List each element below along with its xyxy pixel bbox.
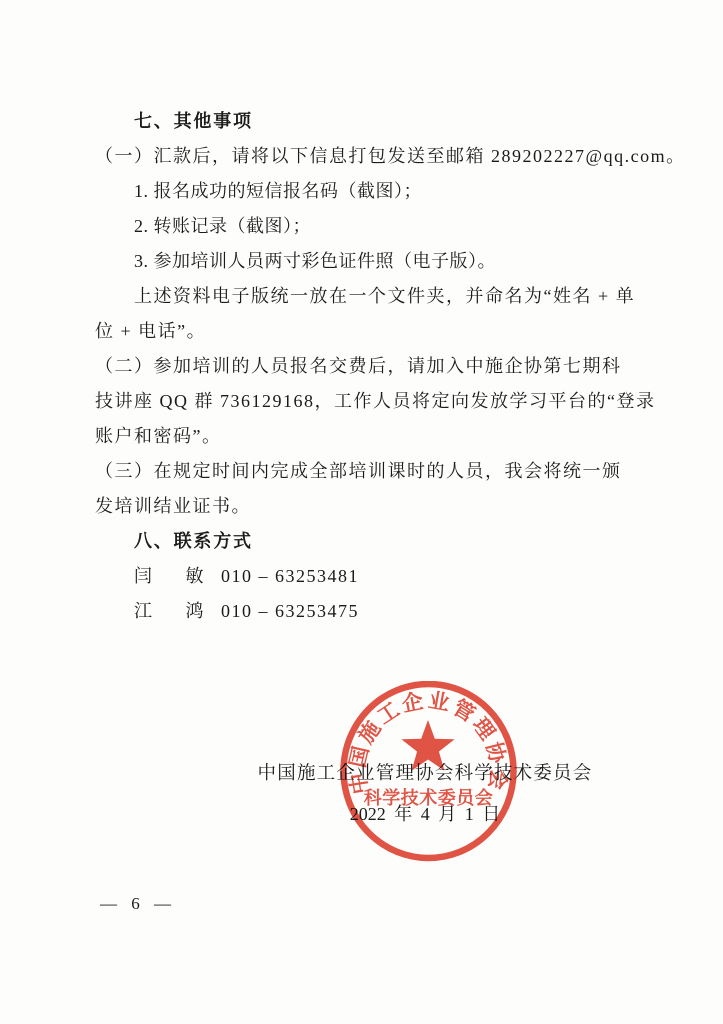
- contact-name: 江 鸿: [134, 601, 205, 621]
- official-seal-stamp: 中国施工企业管理协会 科学技术委员会: [339, 681, 519, 863]
- paragraph-qq-group-line-2: 技讲座 QQ 群 736129168，工作人员将定向发放学习平台的“登录: [95, 384, 640, 419]
- paragraph-qq-group-line-3: 账户和密码”。: [95, 419, 640, 454]
- contact-phone: 010 – 63253475: [221, 601, 359, 621]
- paragraph-certificate-line-2: 发培训结业证书。: [95, 489, 640, 524]
- list-item-1: 1. 报名成功的短信报名码（截图）；: [95, 174, 640, 209]
- section-heading-contact: 八、联系方式: [95, 524, 640, 559]
- seal-bottom-text: 科学技术委员会: [364, 787, 494, 808]
- section-heading-other-matters: 七、其他事项: [95, 104, 640, 139]
- document-body: 七、其他事项 （一）汇款后，请将以下信息打包发送至邮箱 289202227@qq…: [95, 104, 640, 629]
- contact-row: 闫 敏 010 – 63253481: [95, 559, 640, 594]
- paragraph-folder-naming-line-2: 位 + 电话”。: [95, 314, 640, 349]
- seal-icon: 中国施工企业管理协会 科学技术委员会: [339, 681, 519, 863]
- contact-phone: 010 – 63253481: [221, 566, 359, 586]
- star-icon: [401, 720, 454, 771]
- contact-name: 闫 敏: [134, 566, 205, 586]
- list-item-3: 3. 参加培训人员两寸彩色证件照（电子版）。: [95, 244, 640, 279]
- list-item-2: 2. 转账记录（截图）；: [95, 209, 640, 244]
- page-number: — 6 —: [100, 894, 173, 914]
- paragraph-remittance: （一）汇款后，请将以下信息打包发送至邮箱 289202227@qq.com。: [95, 139, 640, 174]
- paragraph-qq-group-line-1: （二）参加培训的人员报名交费后，请加入中施企协第七期科: [95, 349, 640, 384]
- paragraph-folder-naming-line-1: 上述资料电子版统一放在一个文件夹，并命名为“姓名 + 单: [95, 279, 640, 314]
- document-page: 七、其他事项 （一）汇款后，请将以下信息打包发送至邮箱 289202227@qq…: [0, 0, 723, 1024]
- contact-row: 江 鸿 010 – 63253475: [95, 594, 640, 629]
- paragraph-certificate-line-1: （三）在规定时间内完成全部培训课时的人员，我会将统一颁: [95, 454, 640, 489]
